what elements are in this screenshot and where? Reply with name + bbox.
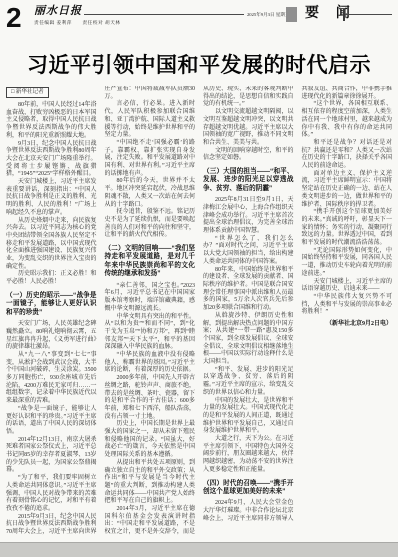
body-paragraph: “为了和平，我们要牢固树立人类命运共同体意识。”习近平主席强调，中国人民对战争带…: [6, 475, 97, 514]
section-heading: （一）历史的昭示——“战争是一面镜子，能够让人更好认识和平的珍贵”: [6, 292, 97, 317]
body-paragraph: 天安门城楼上，习近平主席发表重要讲话，深刻指出：“中国人民抗日战争胜利是正义的胜…: [6, 179, 97, 218]
section-heading: （三）大国的担当——“和平、发展、进步的阳光足以穿透战争、贫穷、落后的阴霾”: [203, 168, 294, 193]
section-marker-square: [286, 7, 297, 22]
header-tick: [343, 9, 345, 21]
section-heading: （四）时代的召唤——“携手开创这个星球更加美好的未来”: [203, 480, 294, 497]
body-paragraph: “中华民族伟大复兴势不可挡，人类和平与发展的崇高事业必将胜利！”: [302, 294, 393, 317]
body-paragraph: 2025年8月31日至9月1日，天津梅江会展中心，上海合作组织天津峰会成功举行。…: [203, 197, 294, 236]
body-paragraph: 从“九一八”事变到“七七”事变，从淞沪会战到武汉会战，大半个中国山河破碎、生灵涂…: [6, 352, 97, 406]
body-paragraph: 抚今追昔，殷鉴不远。铭记历史不是为了延续仇恨，而是要唤起善良的人们对和平的向往和…: [105, 209, 196, 240]
body-paragraph: “亲仁善邻，国之宝也。”2023年6月，习近平总书记在中国国家版本馆考察时，端详…: [105, 283, 196, 314]
body-paragraph: 2000多年前，中国先人开辟古丝绸之路，驼铃声声、商旅不绝，带去的是丝绸、茶叶、…: [105, 375, 196, 421]
body-paragraph: 文明的回响穿越时空，和平的信念坚定如磐。: [203, 148, 294, 163]
body-paragraph: 80年来，中国始终是世界和平的建设者、全球发展的贡献者、国际秩序的维护者。中国是…: [203, 267, 294, 313]
page-number: 2: [6, 4, 22, 32]
body-paragraph: 面对单边主义、保护主义逆流，习近平主席鲜明宣示：中国将坚定站在历史正确的一边、站…: [302, 171, 393, 210]
body-paragraph: 2014年12月13日，南京大屠杀死难者国家公祭仪式上，习近平总书记同85岁的幸…: [6, 437, 97, 476]
body-paragraph: 中国的发展壮大，是世界和平力量的发展壮大。中国式现代化走的是和平发展的人间正道，…: [203, 398, 294, 437]
body-paragraph: “战争是一面镜子，能够让人更好认识和平的珍贵。”习近平主席的话语，道出了中国人民…: [6, 406, 97, 437]
body-paragraph: “中国绝不走‘国强必霸’的路子。靠霸权、靠扩张实现自身发展，注定失败。和平发展道…: [105, 140, 196, 179]
body-paragraph: 从历史烽烟中走来，向民族复兴奔去。以习近平同志为核心的党中央团结带领全国各族人民…: [6, 218, 97, 272]
body-paragraph: “世界怎么了、我们怎么办？”面对时代之问，习近平主席以大党大国领袖的担当，给出构…: [203, 236, 294, 267]
section-heading: （二）文明的回响——“我们坚持走和平发展道路，是对几千年来中华民族崇尚和平的文化…: [105, 245, 196, 279]
body-paragraph: 9月3日，纪念中国人民抗日战争暨世界反法西斯战争胜利80周年大会在北京天安门广场…: [6, 141, 97, 180]
body-paragraph: “和平、发展、进步的阳光足以穿透战争、贫穷、落后的阴霾。”习近平主席的宣示，给变…: [203, 367, 294, 398]
body-paragraph: “中华民族的血液中没有侵略他人、称霸世界的基因。”习近平主席的论断，有着深厚的历…: [105, 352, 196, 375]
body-paragraph: 天安门城楼上，习近平主席的话语穿越历史、启迪未来——: [302, 279, 393, 294]
page-header: 2 丽水日报 责任编辑 姜利萍 责任校对 胡天林 2025年9月3日 星期三 要…: [6, 4, 392, 44]
article-headline: 习近平引领中国和平发展的时代启示: [6, 54, 392, 78]
masthead-logo: 丽水日报: [34, 5, 82, 17]
body-paragraph: 和平还是战争？对话还是对抗？共赢还是零和？人类又一次站在历史的十字路口，抉择关乎…: [302, 140, 393, 171]
body-paragraph: 大道之行，天下为公。在习近平主席引领下，中国特色大国外交阔步前行，朋友圈越来越大…: [203, 436, 294, 475]
body-paragraph: 以文明交流超越文明隔阂，以文明互鉴超越文明冲突，以文明共存超越文明优越。习近平主…: [203, 109, 294, 148]
body-paragraph: “这个世界，各国相互联系、相互依存的程度空前加深，人类生活在同一个地球村里，越来…: [302, 101, 393, 140]
body-paragraph: 从斡旋沙特、伊朗历史性和解，到提出解决热点问题的中国方案；从共建“一带一路”惠及…: [203, 313, 294, 367]
header-rule: [84, 14, 244, 15]
issue-date: 2025年9月3日 星期三: [247, 12, 290, 18]
newspaper-page: 2 丽水日报 责任编辑 姜利萍 责任校对 胡天林 2025年9月3日 星期三 要…: [0, 0, 398, 543]
body-paragraph: 历史昭示我们：正义必胜！和平必胜！人民必胜！: [6, 271, 97, 286]
byline-box: □ 新华社记者: [6, 87, 49, 98]
body-paragraph: 言必信，行必果。进入新时代，人民军队积极参加联合国维和、亚丁湾护航、国际人道主义…: [105, 101, 196, 140]
editor-credits: 责任编辑 姜利萍 责任校对 胡天林: [34, 20, 121, 26]
body-paragraph: 中华文明具有突出的和平性。从“以和为贵”“和而不同”，到“化干戈为玉帛”“协和万…: [105, 314, 196, 353]
article-body: □ 新华社记者80年前，中国人民经过14年浴血奋战，打败穷凶极恶的日本军国主义侵…: [6, 86, 392, 538]
body-paragraph: 80年后的今天，世界并不太平。地区冲突延宕起伏，冷战思维阴魂不散，人类又一次站在…: [105, 178, 196, 209]
body-paragraph: 从提出和平共处五项原则，到确立独立自主的和平外交政策；从作出“和平与发展是当今时…: [105, 460, 196, 506]
body-paragraph: “携手开创这个星球更加美好的未来。”真诚的呼吁，彰显天下一家的情怀；务实的行动，…: [302, 209, 393, 248]
byline: □ 新华社记者: [6, 87, 97, 98]
body-paragraph: “无论国际形势如何变化，中国始终坚持和平发展，同各国人民一道，推动历史车轮向着光…: [302, 248, 393, 279]
wire-credit: （新华社北京9月2日电）: [302, 321, 393, 329]
header-line: [345, 14, 392, 15]
body-paragraph: 历史上，中国长期是世界上最强大的国家之一，却从未留下殖民和侵略他国的记录。“国虽…: [105, 421, 196, 460]
body-paragraph: 80年前，中国人民经过14年浴血奋战，打败穷凶极恶的日本军国主义侵略者，取得中国…: [6, 102, 97, 141]
body-paragraph: 天安门广场，人民英雄纪念碑巍然矗立。80响礼炮响彻云霄，五星红旗冉冉升起，《义勇…: [6, 321, 97, 352]
